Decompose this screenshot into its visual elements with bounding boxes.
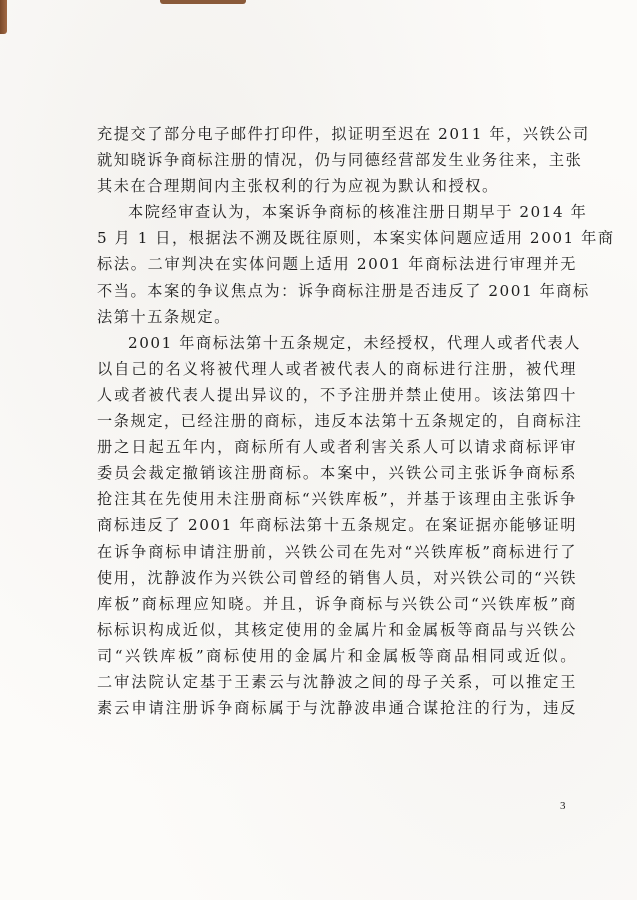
text-line: 二审法院认定基于王素云与沈静波之间的母子关系，可以推定王 (97, 669, 577, 695)
text-line: 在诉争商标申请注册前，兴铁公司在先对“兴铁库板”商标进行了 (97, 539, 577, 565)
text-line: 标法。二审判决在实体问题上适用 2001 年商标法进行审理并无 (97, 251, 577, 277)
text-line: 标标识构成近似，其核定使用的金属片和金属板等商品与兴铁公 (97, 617, 577, 643)
text-line: 不当。本案的争议焦点为：诉争商标注册是否违反了 2001 年商标 (97, 278, 577, 304)
text-line: 其未在合理期间内主张权利的行为应视为默认和授权。 (97, 173, 577, 199)
text-line: 司“兴铁库板”商标使用的金属片和金属板等商品相同或近似。 (97, 643, 577, 669)
text-line: 5 月 1 日，根据法不溯及既往原则，本案实体问题应适用 2001 年商 (97, 225, 577, 251)
text-line: 委员会裁定撤销该注册商标。本案中，兴铁公司主张诉争商标系 (97, 460, 577, 486)
paragraph-start-line: 本院经审查认为，本案诉争商标的核准注册日期早于 2014 年 (97, 199, 577, 225)
text-line: 充提交了部分电子邮件打印件，拟证明至迟在 2011 年，兴铁公司 (97, 121, 577, 147)
document-body: 充提交了部分电子邮件打印件，拟证明至迟在 2011 年，兴铁公司 就知晓诉争商标… (97, 121, 577, 721)
binder-clip-decoration (160, 0, 246, 4)
text-line: 人或者被代表人提出异议的，不予注册并禁止使用。该法第四十 (97, 382, 577, 408)
text-line: 册之日起五年内，商标所有人或者利害关系人可以请求商标评审 (97, 434, 577, 460)
text-line: 就知晓诉争商标注册的情况，仍与同德经营部发生业务往来，主张 (97, 147, 577, 173)
text-line: 一条规定，已经注册的商标，违反本法第十五条规定的，自商标注 (97, 408, 577, 434)
text-line: 抢注其在先使用未注册商标“兴铁库板”，并基于该理由主张诉争 (97, 486, 577, 512)
page-number: 3 (560, 800, 566, 812)
text-line: 素云申请注册诉争商标属于与沈静波串通合谋抢注的行为，违反 (97, 695, 577, 721)
binder-edge-decoration (0, 0, 7, 34)
text-line: 使用，沈静波作为兴铁公司曾经的销售人员，对兴铁公司的“兴铁 (97, 565, 577, 591)
text-line: 库板”商标理应知晓。并且，诉争商标与兴铁公司“兴铁库板”商 (97, 591, 577, 617)
text-line: 以自己的名义将被代理人或者被代表人的商标进行注册，被代理 (97, 356, 577, 382)
text-line: 商标违反了 2001 年商标法第十五条规定。在案证据亦能够证明 (97, 512, 577, 538)
text-line: 法第十五条规定。 (97, 304, 577, 330)
paragraph-start-line: 2001 年商标法第十五条规定，未经授权，代理人或者代表人 (97, 330, 577, 356)
